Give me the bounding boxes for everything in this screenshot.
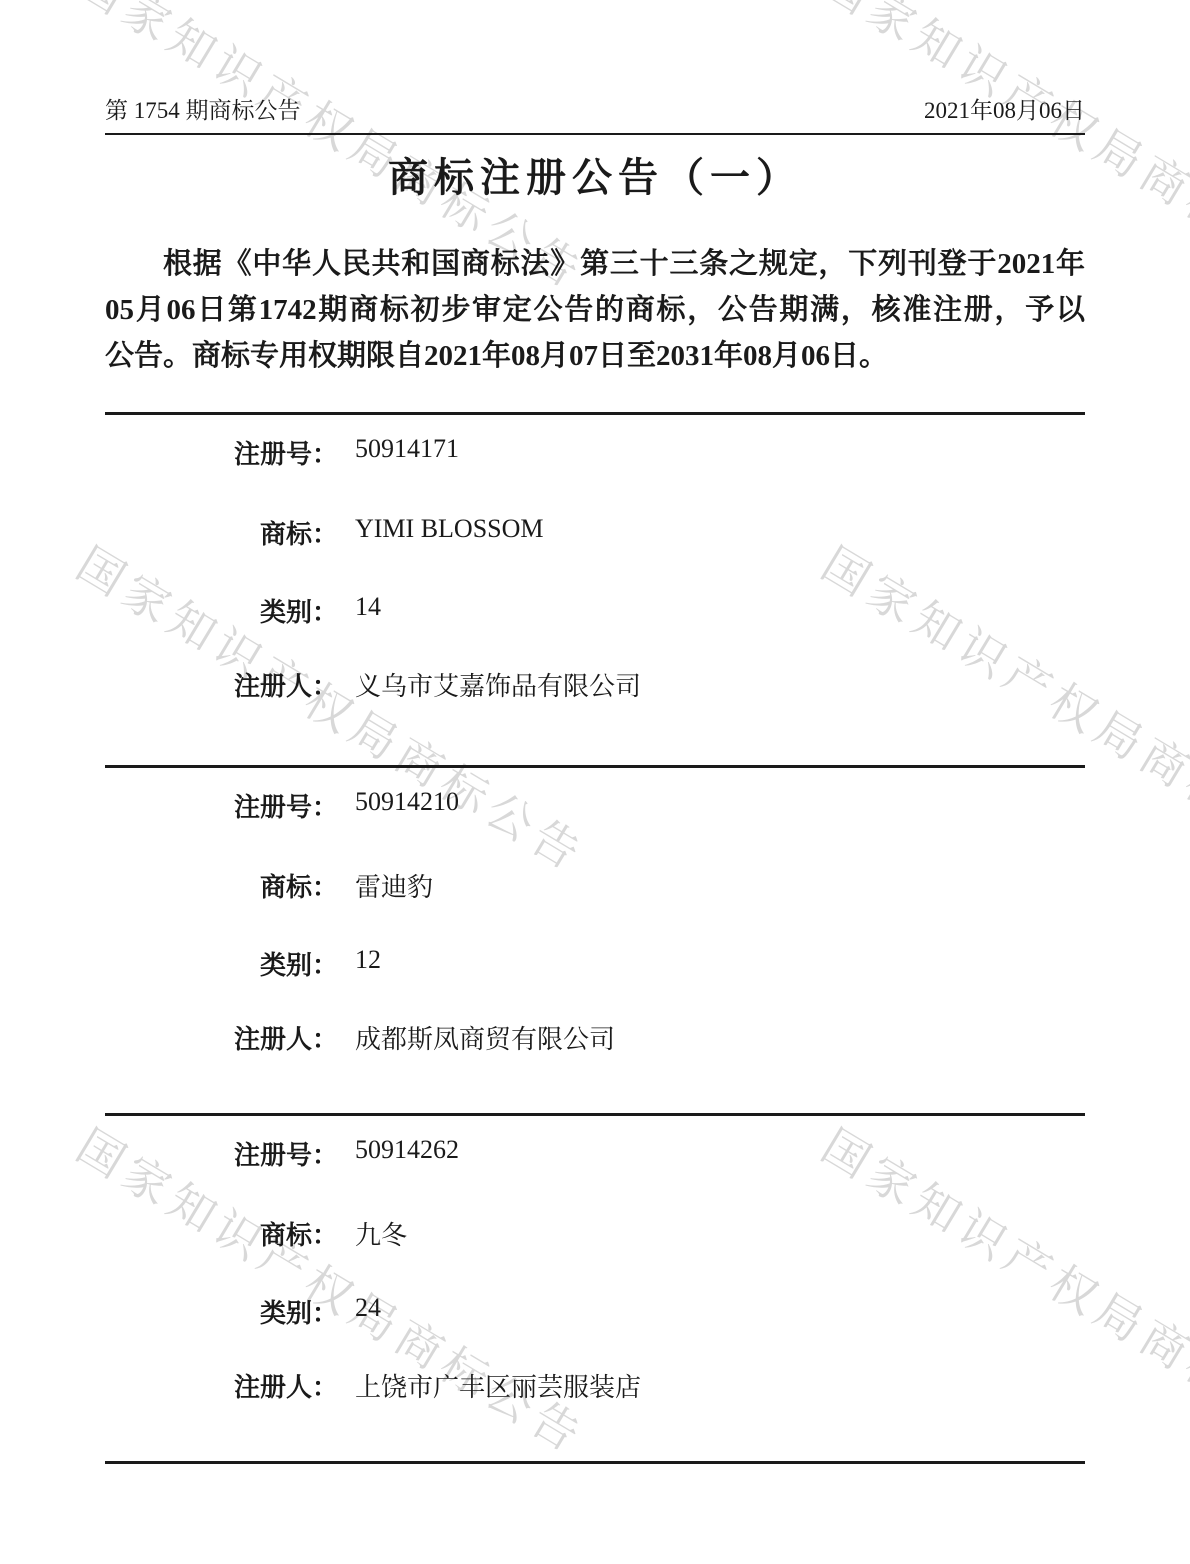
gazette-issue-label: 第 1754 期商标公告 (105, 92, 301, 125)
entry-divider (105, 765, 1085, 768)
intro-line: 05月06日第1742期商标初步审定公告的商标，公告期满，核准注册，予以 (105, 287, 1085, 333)
page-title: 商标注册公告（一） (0, 146, 1190, 203)
entry-row-registrant: 注册人： 成都斯凤商贸有限公司 (105, 1019, 1085, 1057)
intro-line: 根据《中华人民共和国商标法》第三十三条之规定，下列刊登于2021年 (105, 241, 1085, 287)
mark-label: 商标： (105, 1215, 338, 1252)
mark-value: YIMI BLOSSOM (355, 514, 544, 544)
reg-no-value: 50914171 (355, 434, 459, 464)
entry-row-class: 类别： 24 (105, 1293, 1085, 1331)
entry-row-reg-no: 注册号： 50914210 (105, 787, 1085, 825)
registrant-label: 注册人： (105, 666, 338, 703)
registrant-label: 注册人： (105, 1019, 338, 1056)
gazette-page: 第 1754 期商标公告 2021年08月06日 商标注册公告（一） 根据《中华… (0, 0, 1190, 1564)
reg-no-label: 注册号： (105, 787, 338, 824)
publication-date: 2021年08月06日 (924, 92, 1085, 125)
trademark-entry: 注册号： 50914210 商标： 雷迪豹 类别： 12 注册人： 成都斯凤商贸… (105, 765, 1085, 1115)
class-label: 类别： (105, 592, 338, 629)
entry-row-mark: 商标： 雷迪豹 (105, 867, 1085, 905)
entry-divider (105, 412, 1085, 415)
header-divider (105, 133, 1085, 135)
page-header: 第 1754 期商标公告 2021年08月06日 (105, 92, 1085, 125)
reg-no-value: 50914262 (355, 1135, 459, 1165)
class-label: 类别： (105, 945, 338, 982)
trademark-entry: 注册号： 50914262 商标： 九冬 类别： 24 注册人： 上饶市广丰区丽… (105, 1113, 1085, 1463)
trademark-entry: 注册号： 50914171 商标： YIMI BLOSSOM 类别： 14 注册… (105, 412, 1085, 762)
entry-row-class: 类别： 14 (105, 592, 1085, 630)
entry-row-reg-no: 注册号： 50914262 (105, 1135, 1085, 1173)
entry-row-mark: 商标： 九冬 (105, 1215, 1085, 1253)
mark-value: 雷迪豹 (355, 867, 433, 904)
registrant-label: 注册人： (105, 1367, 338, 1404)
intro-line: 公告。商标专用权期限自2021年08月07日至2031年08月06日。 (105, 333, 1085, 379)
mark-label: 商标： (105, 514, 338, 551)
reg-no-label: 注册号： (105, 1135, 338, 1172)
class-value: 12 (355, 945, 381, 975)
class-label: 类别： (105, 1293, 338, 1330)
entry-row-registrant: 注册人： 义乌市艾嘉饰品有限公司 (105, 666, 1085, 704)
entry-row-mark: 商标： YIMI BLOSSOM (105, 514, 1085, 552)
bottom-divider (105, 1461, 1085, 1464)
intro-paragraph: 根据《中华人民共和国商标法》第三十三条之规定，下列刊登于2021年 05月06日… (105, 241, 1085, 379)
reg-no-label: 注册号： (105, 434, 338, 471)
registrant-value: 义乌市艾嘉饰品有限公司 (355, 666, 641, 703)
mark-label: 商标： (105, 867, 338, 904)
reg-no-value: 50914210 (355, 787, 459, 817)
entry-row-registrant: 注册人： 上饶市广丰区丽芸服装店 (105, 1367, 1085, 1405)
registrant-value: 成都斯凤商贸有限公司 (355, 1019, 615, 1056)
class-value: 14 (355, 592, 381, 622)
class-value: 24 (355, 1293, 381, 1323)
entry-row-reg-no: 注册号： 50914171 (105, 434, 1085, 472)
registrant-value: 上饶市广丰区丽芸服装店 (355, 1367, 641, 1404)
mark-value: 九冬 (355, 1215, 407, 1252)
entry-row-class: 类别： 12 (105, 945, 1085, 983)
entry-divider (105, 1113, 1085, 1116)
